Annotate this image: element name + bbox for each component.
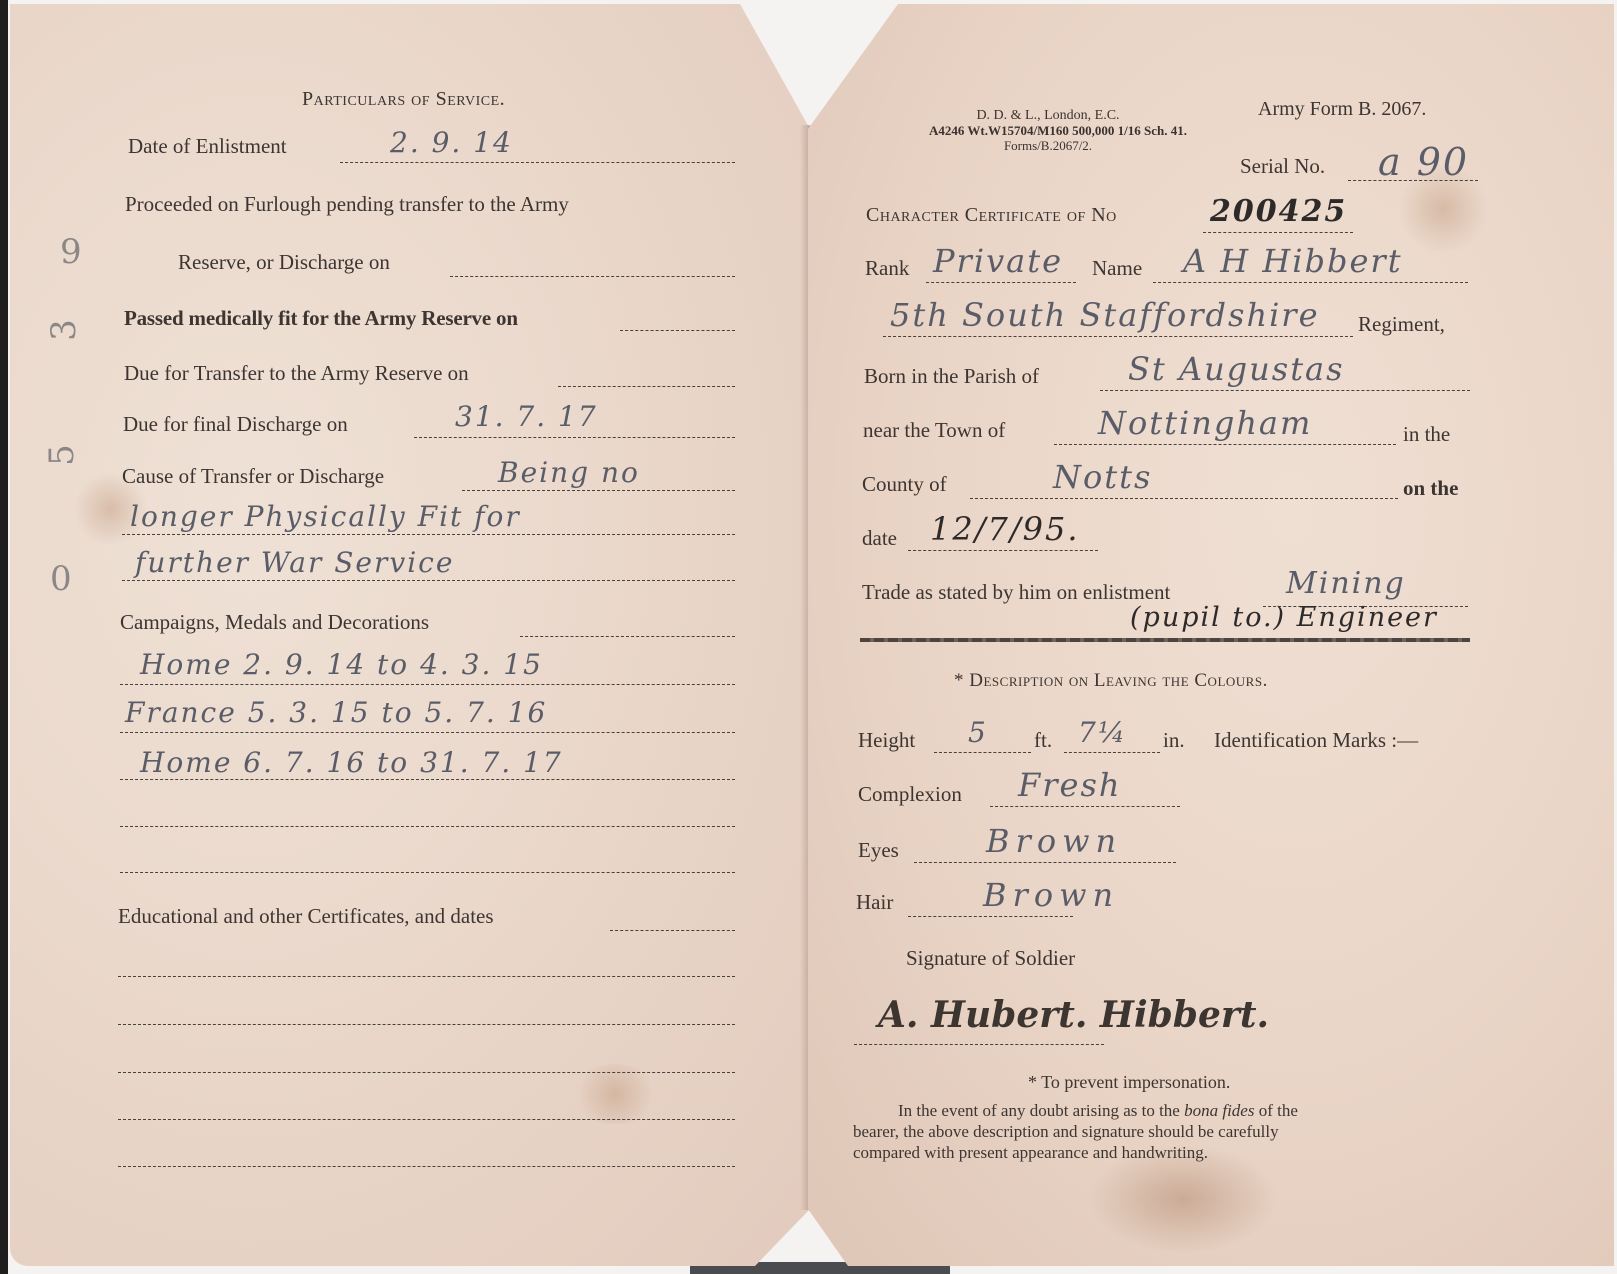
- label-signature: Signature of Soldier: [906, 946, 1075, 971]
- value-height-ft: 5: [968, 716, 988, 749]
- value-date-of-enlistment: 2. 9. 14: [390, 126, 513, 159]
- value-name: A H Hibbert: [1183, 242, 1403, 280]
- field-line: [970, 498, 1398, 499]
- field-line: [1153, 282, 1468, 283]
- footnote-bona-fides: bona fides: [1184, 1101, 1254, 1120]
- field-line: [340, 162, 735, 163]
- soldier-signature: A. Hubert. Hibbert.: [878, 994, 1269, 1036]
- label-in: in.: [1163, 728, 1185, 753]
- field-line: [620, 330, 735, 331]
- label-date: date: [862, 526, 897, 551]
- value-trade-line-1: Mining: [1286, 566, 1406, 601]
- printer-imprint-3: Forms/B.2067/2.: [878, 138, 1218, 153]
- value-complexion: Fresh: [1018, 766, 1121, 804]
- printer-imprint-1: D. D. & L., London, E.C.: [878, 108, 1218, 123]
- field-line: [450, 276, 735, 277]
- footnote-line-1b: of the: [1254, 1101, 1297, 1120]
- value-parish: St Augustas: [1128, 350, 1345, 388]
- label-town: near the Town of: [863, 418, 1005, 443]
- field-line: [926, 282, 1076, 283]
- field-line: [1203, 232, 1353, 233]
- field-line: [414, 437, 735, 438]
- field-line: [120, 826, 735, 827]
- label-regiment: Regiment,: [1358, 312, 1445, 337]
- margin-mark: 9: [60, 232, 84, 272]
- left-page: 9 3 5 0 Particulars of Service. Date of …: [10, 4, 810, 1266]
- field-line: [908, 916, 1073, 917]
- section-divider: [860, 638, 1470, 642]
- label-identification-marks: Identification Marks :—: [1214, 728, 1418, 753]
- label-ft: ft.: [1034, 728, 1052, 753]
- field-line: [883, 336, 1353, 337]
- margin-mark: 5: [42, 442, 82, 466]
- label-date-of-enlistment: Date of Enlistment: [128, 134, 287, 159]
- label-name: Name: [1092, 256, 1142, 281]
- field-line: [118, 1166, 735, 1167]
- field-line: [908, 550, 1098, 551]
- field-line: [934, 752, 1031, 753]
- label-due-final-discharge: Due for final Discharge on: [123, 412, 348, 437]
- value-town: Nottingham: [1098, 404, 1312, 442]
- footnote-line-3: compared with present appearance and han…: [853, 1142, 1473, 1163]
- label-height: Height: [858, 728, 915, 753]
- label-eyes: Eyes: [858, 838, 899, 863]
- campaign-entry: Home 6. 7. 16 to 31. 7. 17: [140, 746, 563, 779]
- value-cause-line-2: longer Physically Fit for: [130, 500, 521, 533]
- label-trade: Trade as stated by him on enlistment: [862, 580, 1170, 605]
- margin-mark: 0: [50, 559, 74, 599]
- value-due-final-discharge: 31. 7. 17: [455, 400, 598, 433]
- footnote-line-2: bearer, the above description and signat…: [853, 1121, 1473, 1142]
- field-line: [120, 779, 735, 780]
- value-height-in: 7¼: [1078, 716, 1127, 749]
- field-line: [462, 490, 735, 491]
- field-line: [1100, 390, 1470, 391]
- label-rank: Rank: [865, 256, 909, 281]
- label-certificate-no: Character Certificate of No: [866, 204, 1117, 227]
- page-heading: Particulars of Service.: [302, 88, 505, 111]
- value-trade-line-2: (pupil to.) Engineer: [1130, 602, 1438, 633]
- field-line: [1064, 752, 1160, 753]
- field-line: [120, 684, 735, 685]
- value-serial-no: a 90: [1378, 140, 1469, 184]
- label-passed-medically: Passed medically fit for the Army Reserv…: [124, 306, 518, 331]
- right-page: D. D. & L., London, E.C. A4246 Wt.W15704…: [808, 4, 1614, 1266]
- campaign-entry: France 5. 3. 15 to 5. 7. 16: [125, 696, 547, 729]
- signature-line: [854, 1044, 1104, 1045]
- value-eyes: Brown: [986, 822, 1122, 860]
- label-serial-no: Serial No.: [1240, 154, 1325, 179]
- field-line: [118, 1072, 735, 1073]
- label-county: County of: [862, 472, 947, 497]
- field-line: [118, 1119, 735, 1120]
- label-cause-of-discharge: Cause of Transfer or Discharge: [122, 464, 384, 489]
- label-on-the: on the: [1403, 476, 1458, 501]
- field-line: [520, 636, 735, 637]
- label-hair: Hair: [856, 890, 893, 915]
- form-number: Army Form B. 2067.: [1258, 98, 1426, 121]
- description-heading: * Description on Leaving the Colours.: [954, 670, 1268, 692]
- field-line: [122, 534, 735, 535]
- value-birth-date: 12/7/95.: [930, 510, 1080, 548]
- label-furlough-2: Reserve, or Discharge on: [178, 250, 390, 275]
- value-cause-line-3: further War Service: [135, 546, 454, 579]
- value-rank: Private: [933, 242, 1063, 280]
- label-campaigns: Campaigns, Medals and Decorations: [120, 610, 429, 635]
- field-line: [120, 872, 735, 873]
- margin-mark: 3: [44, 317, 84, 341]
- field-line: [118, 976, 735, 977]
- footnote-line-1a: In the event of any doubt arising as to …: [898, 1101, 1184, 1120]
- field-line: [122, 580, 735, 581]
- field-line: [990, 806, 1180, 807]
- label-due-transfer: Due for Transfer to the Army Reserve on: [124, 361, 469, 386]
- field-line: [914, 862, 1176, 863]
- scan-edge-left: [0, 0, 8, 1274]
- printer-imprint-2: A4246 Wt.W15704/M160 500,000 1/16 Sch. 4…: [858, 123, 1258, 138]
- value-county: Notts: [1053, 458, 1152, 496]
- campaign-entry: Home 2. 9. 14 to 4. 3. 15: [140, 648, 543, 681]
- value-cause-line-1: Being no: [498, 456, 640, 489]
- footnote-title: * To prevent impersonation.: [1028, 1072, 1230, 1093]
- footnote-text: In the event of any doubt arising as to …: [853, 1100, 1473, 1163]
- label-furlough-1: Proceeded on Furlough pending transfer t…: [125, 192, 569, 217]
- label-parish: Born in the Parish of: [864, 364, 1039, 389]
- field-line: [1054, 444, 1396, 445]
- stain: [570, 1064, 660, 1124]
- value-hair: Brown: [983, 876, 1119, 914]
- field-line: [558, 386, 735, 387]
- field-line: [120, 732, 735, 733]
- value-regiment: 5th South Staffordshire: [890, 296, 1320, 334]
- field-line: [610, 930, 735, 931]
- label-in-the: in the: [1403, 422, 1450, 447]
- label-educational: Educational and other Certificates, and …: [118, 904, 494, 929]
- label-complexion: Complexion: [858, 782, 962, 807]
- value-certificate-no: 200425: [1210, 194, 1347, 229]
- field-line: [118, 1024, 735, 1025]
